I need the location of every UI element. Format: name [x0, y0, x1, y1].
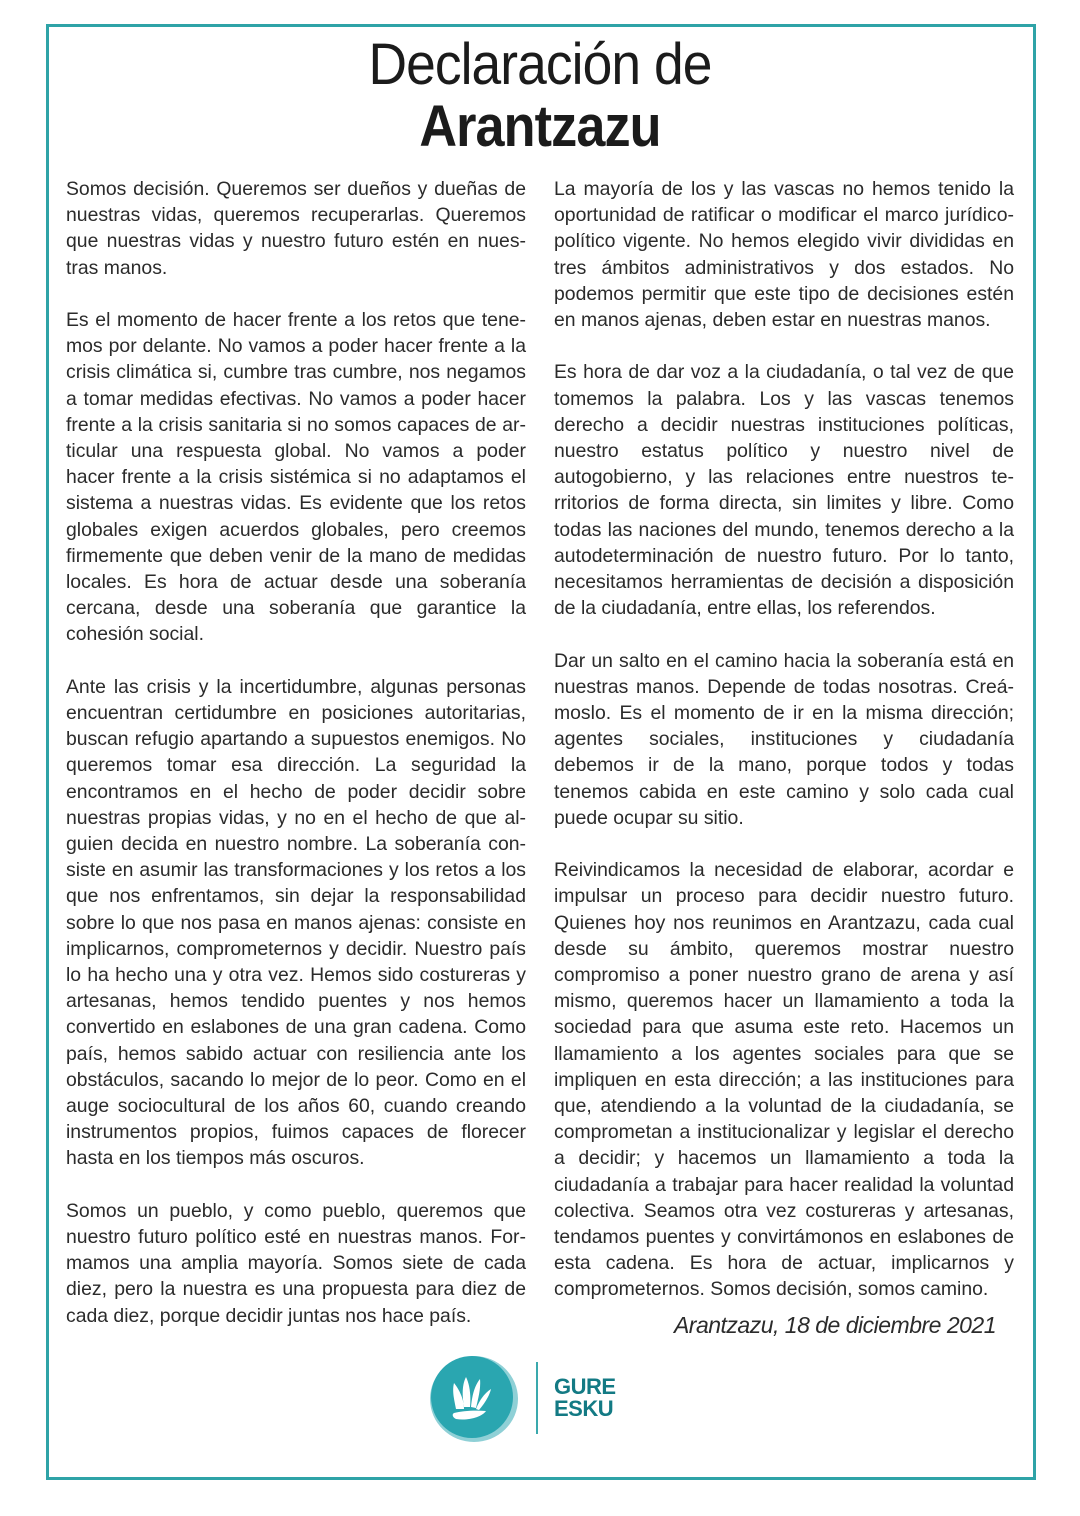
left-column: Somos decisión. Queremos ser dueños y du…	[66, 176, 526, 1355]
place-date-signature: Arantzazu, 18 de diciembre 2021	[674, 1312, 996, 1339]
title-line-1: Declaración de	[43, 34, 1037, 96]
paragraph: Somos decisión. Queremos ser dueños y du…	[66, 176, 526, 281]
logo-word-esku: ESKU	[554, 1398, 616, 1420]
gure-esku-logo: GURE ESKU	[428, 1353, 616, 1443]
right-column: La mayoría de los y las vascas no hemos …	[554, 176, 1014, 1329]
paragraph: Dar un salto en el camino hacia la sober…	[554, 648, 1014, 831]
logo-divider	[536, 1362, 538, 1434]
paragraph: La mayoría de los y las vascas no hemos …	[554, 176, 1014, 333]
page-title: Declaración de Arantzazu	[0, 34, 1080, 158]
paragraph: Somos un pueblo, y como pueblo, queremos…	[66, 1198, 526, 1329]
paragraph: Es el momento de hacer frente a los reto…	[66, 307, 526, 648]
logo-wordmark: GURE ESKU	[554, 1376, 616, 1420]
paragraph: Es hora de dar voz a la ciudadanía, o ta…	[554, 359, 1014, 621]
logo-word-gure: GURE	[554, 1376, 616, 1398]
hand-leaves-icon	[428, 1353, 518, 1443]
paragraph: Reivindicamos la necesidad de elaborar, …	[554, 857, 1014, 1302]
paragraph: Ante las crisis y la incertidumbre, algu…	[66, 674, 526, 1172]
title-line-2: Arantzazu	[54, 96, 1026, 158]
